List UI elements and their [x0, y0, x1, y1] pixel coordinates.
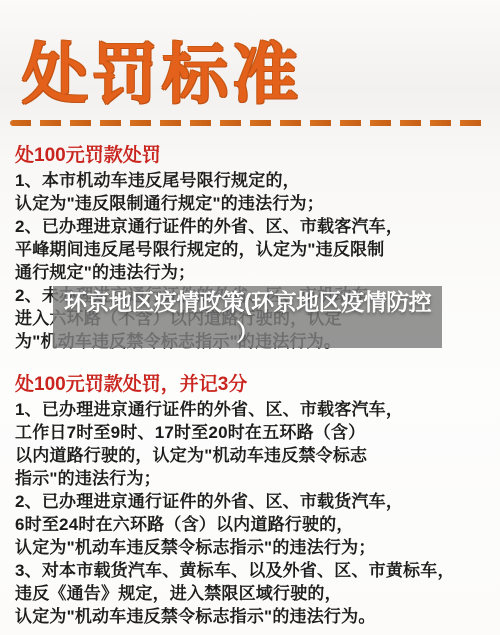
dashed-divider — [10, 120, 488, 126]
body-line: 1、本市机动车违反尾号限行规定的， — [15, 169, 490, 192]
body-line: 3、对本市载货汽车、黄标车、以及外省、区、市黄标车， — [15, 559, 490, 582]
body-line: 2、已办理进京通行证件的外省、区、市载货汽车， — [15, 490, 490, 513]
watermark-text-line1: 环京地区疫情政策(环京地区疫情防控 — [64, 287, 431, 317]
body-line: 指示"的违法行为； — [15, 467, 490, 490]
watermark-text-line2: ） — [236, 317, 259, 347]
body-line: 认定为"违反限制通行规定"的违法行为； — [15, 192, 490, 215]
body-line: 平峰期间违反尾号限行规定的，认定为"违反限制 — [15, 238, 490, 261]
body-line: 2、已办理进京通行证件的外省、区、市载客汽车， — [15, 215, 490, 238]
body-line: 6时至24时在六环路（含）以内道路行驶的， — [15, 513, 490, 536]
section-heading: 处100元罚款处罚 — [15, 146, 490, 166]
body-line: 认定为"机动车违反禁令标志指示"的违法行为。 — [15, 605, 490, 628]
body-line: 工作日7时至9时、17时至20时在五环路（含） — [15, 421, 490, 444]
body-line: 1、已办理进京通行证件的外省、区、市载客汽车， — [15, 398, 490, 421]
body-line: 通行规定"的违法行为； — [15, 261, 490, 284]
body-line: 违反《通告》规定，进入禁限区域行驶的， — [15, 582, 490, 605]
body-line: 以内道路行驶的，认定为"机动车违反禁令标志 — [15, 444, 490, 467]
page-title: 处罚标准 — [22, 34, 302, 114]
body-line: 认定为"机动车违反禁令标志指示"的违法行为； — [15, 536, 490, 559]
watermark-overlay: 环京地区疫情政策(环京地区疫情防控 ） — [53, 286, 442, 348]
section-heading: 处100元罚款处罚，并记3分 — [15, 374, 490, 396]
section-fine-100-points-3: 处100元罚款处罚，并记3分 1、已办理进京通行证件的外省、区、市载客汽车， 工… — [15, 374, 490, 628]
